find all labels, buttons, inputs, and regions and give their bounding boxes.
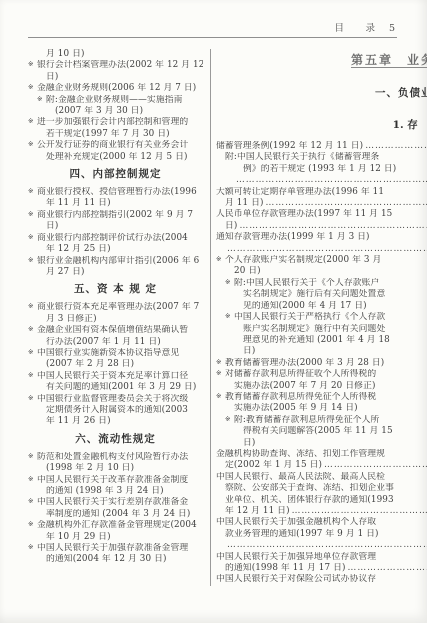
toc-entry-line: ※中国人民银行关于严格执行《个人存款 [216, 312, 427, 323]
entry-text: 商业银行内部控制指引(2002 年 9 月 7 [37, 210, 193, 221]
toc-page: 目 录 5 月 10 日)※银行会计档案管理办法(2002 年 12 月 12日… [0, 0, 427, 623]
reference-mark-icon: ※ [28, 497, 37, 507]
toc-entry-line: 定期债务计入附属资本的通知(2003 [28, 405, 203, 416]
dot-leader: ……………………………………………………………… [266, 198, 427, 209]
entry-text: 中国人民银行关于加强存款准备金管理 [37, 543, 188, 554]
running-title: 目 录 [334, 20, 381, 34]
toc-columns: 月 10 日)※银行会计档案管理办法(2002 年 12 月 12日)※金融企业… [28, 49, 397, 586]
entry-text: 的通知(2004 年 12 月 30 日) [46, 554, 167, 565]
dot-leader: ……………………………………………………………… [292, 506, 427, 517]
toc-entry-line: (2007 年 2 月 28 日) [28, 359, 203, 370]
entry-text: 附:中国人民银行关于《个人存款账户 [234, 278, 379, 289]
entry-text: 日) [243, 438, 255, 449]
reference-mark-icon: ※ [28, 210, 37, 220]
entry-text: 率制度的通知 (2004 年 3 月 24 日) [46, 509, 190, 520]
entry-text: 款业务管理的通知(1997 年 9 月 1 日) [225, 529, 379, 540]
toc-entry-line: 的通知(1998 年 11 月 17 日)…………………………………………………… [216, 563, 427, 574]
toc-entry-line: 处理补充规定(2000 年 12 月 5 日) [28, 152, 203, 163]
toc-entry-line: ※公开发行证券的商业银行有关业务会计 [28, 140, 203, 151]
toc-entry-line: 中国人民银行关于加强金融机构个人存取 [216, 517, 427, 528]
entry-text: 银行会计档案管理办法(2002 年 12 月 12 [37, 60, 203, 71]
toc-entry-line: 日) [216, 438, 427, 449]
entry-text: 人民币单位存款管理办法(1997 年 11 月 15 [216, 209, 392, 220]
toc-entry-line: 金融机构协助查询、冻结、扣划工作管理规 [216, 449, 427, 460]
entry-text: 月 10 日) [46, 49, 85, 60]
toc-entry-line: 年 11 月 11 日) [28, 198, 203, 209]
toc-entry-line: 实施办法(2007 年 7 月 20 日修正) [216, 381, 427, 392]
entry-text: 若干规定(1997 年 7 月 30 日) [46, 129, 170, 140]
entry-text: 月 27 日) [46, 267, 85, 278]
entry-text: 处理补充规定(2000 年 12 月 5 日) [46, 152, 188, 163]
toc-entry-line: 例》的若干规定 (1993 年 1 月 12 日) [216, 164, 427, 175]
toc-entry-line: 实名制规定》施行后有关问题处置意 [216, 289, 427, 300]
entry-text: (2007 年 2 月 28 日) [46, 359, 134, 370]
entry-text: 中国人民银行关于对保险公司试办协议存 [216, 574, 376, 585]
toc-entry-line: 察院、公安部关于查询、冻结、扣划企业事 [216, 483, 427, 494]
reference-mark-icon: ※ [28, 520, 37, 530]
toc-column-right: 第五章 业务运营监管一、负债业务规定1. 存 款储蓄管理条例(1992 年 12… [211, 49, 427, 586]
entry-text: 定期债务计入附属资本的通知(2003 [46, 405, 188, 416]
toc-entry-line: ※附:金融企业财务规则——实施指南 [28, 95, 203, 106]
entry-text: 个人存款账户实名制规定(2000 年 3 月 [225, 255, 381, 266]
reference-mark-icon: ※ [28, 117, 37, 127]
toc-entry-line: ※金融企业财务规则(2006 年 12 月 7 日) [28, 83, 203, 94]
entry-text: 通知存款管理办法(1999 年 1 月 3 日) [216, 232, 370, 243]
entry-text: 金融企业财务规则(2006 年 12 月 7 日) [37, 83, 196, 94]
entry-text: 中国人民银行关于实行差别存款准备金 [37, 497, 188, 508]
dot-leader: ……………………………………………………………… [227, 540, 427, 551]
toc-entry-line: ※中国人民银行关于加强存款准备金管理 [28, 543, 203, 554]
dot-leader: ……………………………………………………………… [236, 175, 427, 186]
entry-text: 中国银行业监督管理委员会关于将次级 [37, 394, 188, 405]
toc-entry-line: ※商业银行内部控制评价试行办法(2004 [28, 233, 203, 244]
reference-mark-icon: ※ [28, 83, 37, 93]
entry-text: 日) [46, 72, 58, 83]
section-heading: 一、负债业务规定 [216, 87, 427, 100]
toc-entry-line: ※银行会计档案管理办法(2002 年 12 月 12 [28, 60, 203, 71]
toc-entry-line: 日) [28, 221, 203, 232]
reference-mark-icon: ※ [28, 60, 37, 70]
reference-mark-icon: ※ [216, 392, 225, 402]
toc-entry-line: ※教育储蓄管理办法(2000 年 3 月 28 日) [216, 358, 427, 369]
dot-leader: ……………………………………………………………… [348, 563, 427, 574]
entry-text: 有关问题的通知(2001 年 3 月 29 日) [46, 382, 196, 393]
entry-text: 业单位、机关、团体银行存款的通知(1993 [225, 495, 394, 506]
toc-entry-line: ※中国银行业实施新资本协议指导意见 [28, 348, 203, 359]
entry-text: 得税有关问题解答(2005 年 11 月 15 [243, 426, 393, 437]
entry-text: 实施办法(2007 年 7 月 20 日修正) [234, 381, 376, 392]
toc-entry-line: 中国人民银行关于加强异地单位存款管理 [216, 552, 427, 563]
entry-text: 年 11 月 11 日) [46, 198, 111, 209]
entry-text: 的通知(1998 年 11 月 17 日) [225, 563, 346, 574]
toc-entry-line: 若干规定(1997 年 7 月 30 日) [28, 129, 203, 140]
toc-entry-line: 储蓄管理条例(1992 年 12 月 11 日)…………………………………………… [216, 141, 427, 152]
reference-mark-icon: ※ [37, 95, 46, 105]
toc-entry-line: ※中国银行业监督管理委员会关于将次级 [28, 394, 203, 405]
entry-text: 教育储蓄管理办法(2000 年 3 月 28 日) [225, 358, 384, 369]
entry-text: 附:中国人民银行关于执行《储蓄管理条 [225, 152, 379, 163]
entry-text: 行办法(2007 年 1 月 11 日) [46, 337, 161, 348]
entry-text: (2007 年 3 月 30 日) [55, 106, 143, 117]
entry-text: 的通知 (1998 年 3 月 24 日) [46, 486, 164, 497]
entry-text: 附:金融企业财务规则——实施指南 [46, 95, 183, 106]
entry-text: 日) [243, 346, 255, 357]
toc-entry-line: 账户实名制规定》施行中有关问题处 [216, 324, 427, 335]
toc-entry-line: 年 12 月 25 日) [28, 244, 203, 255]
entry-text: 年 12 月 11 日) [225, 506, 290, 517]
entry-text: 金融机构外汇存款准备金管理规定(2004 [37, 520, 197, 531]
entry-text: 例》的若干规定 (1993 年 1 月 12 日) [243, 164, 396, 175]
toc-entry-line: 率制度的通知 (2004 年 3 月 24 日) [28, 509, 203, 520]
reference-mark-icon: ※ [28, 302, 37, 312]
toc-entry-line: 行办法(2007 年 1 月 11 日) [28, 337, 203, 348]
toc-entry-line: ………………………………………………………………(192) [216, 540, 427, 551]
reference-mark-icon: ※ [225, 415, 234, 425]
entry-text: 20 日) [234, 266, 261, 277]
dot-leader: ……………………………………………………………… [239, 221, 427, 232]
toc-entry-line: ………………………………………………………………(188) [216, 244, 427, 255]
toc-entry-line: ※个人存款账户实名制规定(2000 年 3 月 [216, 255, 427, 266]
entry-text: 商业银行资本充足率管理办法(2007 年 7 [37, 302, 199, 313]
toc-entry-line: ※中国人民银行关于资本充足率计算口径 [28, 371, 203, 382]
toc-entry-line: 附:中国人民银行关于执行《储蓄管理条 [216, 152, 427, 163]
toc-entry-line: 通知存款管理办法(1999 年 1 月 3 日) [216, 232, 427, 243]
entry-text: 日) [46, 221, 58, 232]
section-heading: 四、内部控制规定 [28, 168, 203, 181]
toc-entry-line: (2007 年 3 月 30 日) [28, 106, 203, 117]
entry-text: 中国人民银行、最高人民法院、最高人民检 [216, 472, 385, 483]
toc-entry-line: 中国人民银行、最高人民法院、最高人民检 [216, 472, 427, 483]
reference-mark-icon: ※ [28, 140, 37, 150]
toc-entry-line: (1998 年 2 月 10 日) [28, 463, 203, 474]
reference-mark-icon: ※ [28, 452, 37, 462]
toc-entry-line: 的通知(2004 年 12 月 30 日) [28, 554, 203, 565]
entry-text: 中国人民银行关于资本充足率计算口径 [37, 371, 188, 382]
section-heading: 六、流动性规定 [28, 433, 203, 446]
entry-text: 中国人民银行关于严格执行《个人存款 [234, 312, 385, 323]
toc-entry-line: ※中国人民银行关于实行差别存款准备金 [28, 497, 203, 508]
reference-mark-icon: ※ [28, 543, 37, 553]
toc-entry-line: 实施办法(2005 年 9 月 14 日) [216, 403, 427, 414]
entry-text: (1998 年 2 月 10 日) [46, 463, 134, 474]
reference-mark-icon: ※ [225, 278, 234, 288]
entry-text: 定(2002 年 1 月 15 日) [225, 460, 322, 471]
toc-entry-line: 月 27 日) [28, 267, 203, 278]
toc-entry-line: ※商业银行授权、授信管理暂行办法(1996 [28, 187, 203, 198]
toc-entry-line: 理意见的补充通知 (2001 年 4 月 18 [216, 335, 427, 346]
reference-mark-icon: ※ [28, 394, 37, 404]
entry-text: 中国人民银行关于加强金融机构个人存取 [216, 517, 376, 528]
toc-entry-line: 日) [216, 346, 427, 357]
toc-entry-line: ※附:教育储蓄存款利息所得免征个人所 [216, 415, 427, 426]
toc-entry-line: 年 12 月 11 日)………………………………………………………………(190… [216, 506, 427, 517]
reference-mark-icon: ※ [28, 233, 37, 243]
entry-text: 实名制规定》施行后有关问题处置意 [243, 289, 385, 300]
entry-text: 实施办法(2005 年 9 月 14 日) [234, 403, 358, 414]
toc-entry-line: ※附:中国人民银行关于《个人存款账户 [216, 278, 427, 289]
toc-entry-line: ※银行业金融机构内部审计指引(2006 年 6 [28, 256, 203, 267]
toc-entry-line: 年 10 月 29 日) [28, 532, 203, 543]
toc-entry-line: 日) [28, 72, 203, 83]
toc-entry-line: 年 11 月 26 日) [28, 416, 203, 427]
entry-text: 年 11 月 26 日) [46, 416, 111, 427]
entry-text: 对储蓄存款利息所得征收个人所得税的 [225, 369, 376, 380]
toc-entry-line: 日)………………………………………………………………(187) [216, 221, 427, 232]
entry-text: 大额可转让定期存单管理办法(1996 年 11 [216, 187, 384, 198]
toc-entry-line: 20 日) [216, 266, 427, 277]
entry-text: 防范和处置金融机构支付风险暂行办法 [37, 452, 188, 463]
toc-column-left: 月 10 日)※银行会计档案管理办法(2002 年 12 月 12日)※金融企业… [28, 49, 210, 586]
toc-entry-line: ※防范和处置金融机构支付风险暂行办法 [28, 452, 203, 463]
reference-mark-icon: ※ [216, 358, 225, 368]
toc-entry-line: 的通知 (1998 年 3 月 24 日) [28, 486, 203, 497]
toc-entry-line: 中国人民银行关于对保险公司试办协议存 [216, 574, 427, 585]
toc-entry-line: ※商业银行内部控制指引(2002 年 9 月 7 [28, 210, 203, 221]
chapter-heading: 第五章 业务运营监管 [216, 53, 427, 68]
toc-entry-line: ※金融机构外汇存款准备金管理规定(2004 [28, 520, 203, 531]
page-header: 目 录 5 [28, 20, 397, 34]
section-heading: 五、资 本 规 定 [28, 283, 203, 296]
reference-mark-icon: ※ [216, 255, 225, 265]
entry-text: 教育储蓄存款利息所得免征个人所得税 [225, 392, 376, 403]
entry-text: 金融企业国有资本保值增值结果确认暂 [37, 325, 188, 336]
entry-text: 中国人民银行关于加强异地单位存款管理 [216, 552, 376, 563]
entry-text: 账户实名制规定》施行中有关问题处 [243, 324, 385, 335]
reference-mark-icon: ※ [28, 256, 37, 266]
reference-mark-icon: ※ [28, 325, 37, 335]
toc-entry-line: 款业务管理的通知(1997 年 9 月 1 日) [216, 529, 427, 540]
entry-text: 年 10 月 29 日) [46, 532, 111, 543]
entry-text: 日) [225, 221, 237, 232]
entry-text: 储蓄管理条例(1992 年 12 月 11 日) [216, 141, 363, 152]
toc-entry-line: ※金融企业国有资本保值增值结果确认暂 [28, 325, 203, 336]
entry-text: 商业银行授权、授信管理暂行办法(1996 [37, 187, 197, 198]
reference-mark-icon: ※ [216, 369, 225, 379]
entry-text: 商业银行内部控制评价试行办法(2004 [37, 233, 188, 244]
toc-entry-line: 得税有关问题解答(2005 年 11 月 15 [216, 426, 427, 437]
toc-entry-line: 大额可转让定期存单管理办法(1996 年 11 [216, 187, 427, 198]
toc-entry-line: ※对储蓄存款利息所得征收个人所得税的 [216, 369, 427, 380]
subsection-heading: 1. 存 款 [216, 119, 427, 132]
toc-entry-line: ※进一步加强银行会计内部控制和管理的 [28, 117, 203, 128]
dot-leader: ……………………………………………………………… [324, 460, 427, 471]
toc-entry-line: 月 11 日)………………………………………………………………(185) [216, 198, 427, 209]
entry-text: 附:教育储蓄存款利息所得免征个人所 [234, 415, 379, 426]
toc-entry-line: ※商业银行资本充足率管理办法(2007 年 7 [28, 302, 203, 313]
entry-text: 中国人民银行关于改革存款准备金制度 [37, 475, 188, 486]
reference-mark-icon: ※ [28, 371, 37, 381]
entry-text: 月 3 日修正) [46, 314, 97, 325]
reference-mark-icon: ※ [225, 312, 234, 322]
header-rule [28, 37, 397, 38]
entry-text: 银行业金融机构内部审计指引(2006 年 6 [37, 256, 199, 267]
entry-text: 进一步加强银行会计内部控制和管理的 [37, 117, 188, 128]
dot-leader: ……………………………………………………………… [227, 244, 427, 255]
toc-entry-line: ※中国人民银行关于改革存款准备金制度 [28, 475, 203, 486]
reference-mark-icon: ※ [28, 348, 37, 358]
entry-text: 公开发行证券的商业银行有关业务会计 [37, 140, 188, 151]
entry-text: 见的通知(2000 年 4 月 17 日) [243, 301, 367, 312]
entry-text: 理意见的补充通知 (2001 年 4 月 18 [243, 335, 390, 346]
page-number: 5 [389, 23, 395, 34]
entry-text: 中国银行业实施新资本协议指导意见 [37, 348, 179, 359]
entry-text: 察院、公安部关于查询、冻结、扣划企业事 [225, 483, 394, 494]
toc-entry-line: 月 10 日) [28, 49, 203, 60]
toc-entry-line: ………………………………………………………………(182) [216, 175, 427, 186]
toc-entry-line: 人民币单位存款管理办法(1997 年 11 月 15 [216, 209, 427, 220]
toc-entry-line: ※教育储蓄存款利息所得免征个人所得税 [216, 392, 427, 403]
toc-entry-line: 有关问题的通知(2001 年 3 月 29 日) [28, 382, 203, 393]
entry-text: 月 11 日) [225, 198, 264, 209]
entry-text: 金融机构协助查询、冻结、扣划工作管理规 [216, 449, 385, 460]
entry-text: 年 12 月 25 日) [46, 244, 111, 255]
toc-entry-line: 见的通知(2000 年 4 月 17 日) [216, 301, 427, 312]
dot-leader: ……………………………………………………………… [365, 141, 427, 152]
reference-mark-icon: ※ [28, 475, 37, 485]
toc-entry-line: 月 3 日修正) [28, 314, 203, 325]
reference-mark-icon: ※ [28, 187, 37, 197]
toc-entry-line: 业单位、机关、团体银行存款的通知(1993 [216, 495, 427, 506]
toc-entry-line: 定(2002 年 1 月 15 日)…………………………………………………………… [216, 460, 427, 471]
